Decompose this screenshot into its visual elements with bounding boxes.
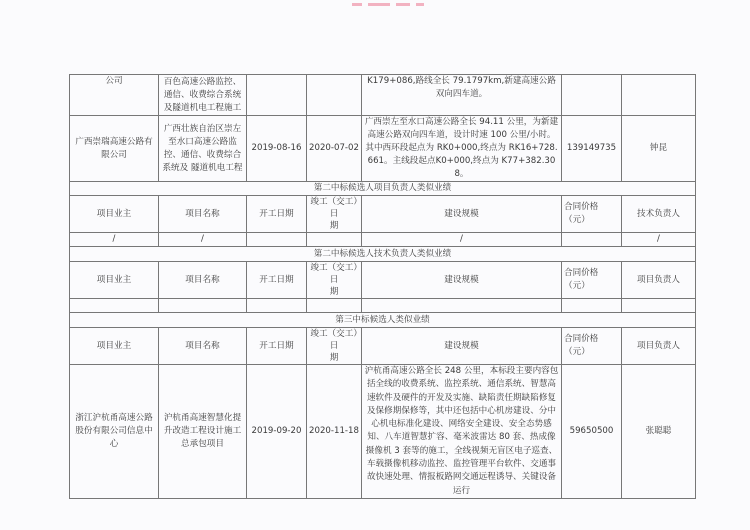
- scale-cell: 沪杭甬高速公路全长 248 公里，本标段主要内容包括全线的收费系统、监控系统、通…: [362, 365, 562, 499]
- scale-cell: K179+086,路线全长 79.1797km,新建高速公路双向四车道。: [362, 75, 562, 116]
- stamp-mark: [368, 3, 390, 6]
- price-cell: 139149735: [562, 116, 622, 182]
- header-row: 项目业主 项目名称 开工日期 竣工（交工）日期 建设规模 合同价格（元） 项目负…: [70, 328, 696, 365]
- start-date-cell: [247, 233, 307, 247]
- header-end-date-line2: 期: [309, 286, 359, 298]
- start-date-cell: 2019-08-16: [247, 116, 307, 182]
- start-date-cell: [247, 299, 307, 313]
- stamp-fragment: [352, 2, 452, 6]
- price-cell: 59650500: [562, 365, 622, 499]
- price-cell: [562, 299, 622, 313]
- end-date-cell: [307, 233, 362, 247]
- scale-cell: 广西崇左至水口高速公路全长 94.11 公里，为新建高速公路双向四车道，设计时速…: [362, 116, 562, 182]
- section-title-row: 第二中标候选人项目负责人类似业绩: [70, 182, 696, 196]
- owner-cell: 公司: [70, 75, 159, 116]
- header-price: 合同价格（元）: [562, 196, 622, 233]
- header-end-date: 竣工（交工）日期: [307, 328, 362, 365]
- section-title: 第二中标候选人技术负责人类似业绩: [70, 247, 696, 262]
- header-price: 合同价格（元）: [562, 262, 622, 299]
- end-date-cell: [307, 75, 362, 116]
- project-name-cell: /: [159, 233, 247, 247]
- header-end-date-line1: 竣工（交工）日: [310, 263, 357, 285]
- header-scale: 建设规模: [362, 196, 562, 233]
- section-title: 第三中标候选人类似业绩: [70, 313, 696, 328]
- price-cell: [562, 75, 622, 116]
- table-row: / / / /: [70, 233, 696, 247]
- header-manager: 项目负责人: [622, 328, 696, 365]
- end-date-cell: [307, 299, 362, 313]
- manager-cell: [622, 75, 696, 116]
- header-price: 合同价格（元）: [562, 328, 622, 365]
- header-start-date: 开工日期: [247, 196, 307, 233]
- header-scale: 建设规模: [362, 262, 562, 299]
- manager-cell: 钟昆: [622, 116, 696, 182]
- project-name-cell: 沪杭甬高速智慧化提升改造工程设计施工总承包项目: [159, 365, 247, 499]
- end-date-cell: 2020-07-02: [307, 116, 362, 182]
- project-name-cell: 广西壮族自治区崇左至水口高速公路监控、通信、收费综合系统及 隧道机电工程: [159, 116, 247, 182]
- table-row: 公司 百色高速公路监控、通信、收费综合系统及隧道机电工程施工 K179+086,…: [70, 75, 696, 116]
- header-owner: 项目业主: [70, 196, 159, 233]
- header-owner: 项目业主: [70, 262, 159, 299]
- stamp-mark: [416, 3, 424, 6]
- header-end-date-line1: 竣工（交工）日: [310, 197, 357, 219]
- performance-table: 公司 百色高速公路监控、通信、收费综合系统及隧道机电工程施工 K179+086,…: [69, 74, 696, 499]
- scale-cell: [362, 299, 562, 313]
- stamp-mark: [352, 3, 362, 6]
- end-date-cell: 2020-11-18: [307, 365, 362, 499]
- section-title: 第二中标候选人项目负责人类似业绩: [70, 182, 696, 196]
- table-row: 浙江沪杭甬高速公路股份有限公司信息中心 沪杭甬高速智慧化提升改造工程设计施工总承…: [70, 365, 696, 499]
- header-row: 项目业主 项目名称 开工日期 竣工（交工）日期 建设规模 合同价格（元） 项目负…: [70, 262, 696, 299]
- header-start-date: 开工日期: [247, 328, 307, 365]
- header-manager: 项目负责人: [622, 262, 696, 299]
- table-row: 广西崇瑞高速公路有限公司 广西壮族自治区崇左至水口高速公路监控、通信、收费综合系…: [70, 116, 696, 182]
- header-start-date: 开工日期: [247, 262, 307, 299]
- owner-cell: 广西崇瑞高速公路有限公司: [70, 116, 159, 182]
- header-row: 项目业主 项目名称 开工日期 竣工（交工）日期 建设规模 合同价格（元） 技术负…: [70, 196, 696, 233]
- price-cell: [562, 233, 622, 247]
- header-end-date-line2: 期: [309, 352, 359, 364]
- table-row: [70, 299, 696, 313]
- project-name-cell: [159, 299, 247, 313]
- header-manager: 技术负责人: [622, 196, 696, 233]
- section-title-row: 第二中标候选人技术负责人类似业绩: [70, 247, 696, 262]
- stamp-mark: [396, 3, 410, 6]
- scale-cell: /: [362, 233, 562, 247]
- header-scale: 建设规模: [362, 328, 562, 365]
- manager-cell: [622, 299, 696, 313]
- header-end-date: 竣工（交工）日期: [307, 262, 362, 299]
- header-project-name: 项目名称: [159, 262, 247, 299]
- header-project-name: 项目名称: [159, 328, 247, 365]
- section-title-row: 第三中标候选人类似业绩: [70, 313, 696, 328]
- start-date-cell: 2019-09-20: [247, 365, 307, 499]
- header-owner: 项目业主: [70, 328, 159, 365]
- owner-cell: 浙江沪杭甬高速公路股份有限公司信息中心: [70, 365, 159, 499]
- owner-cell: [70, 299, 159, 313]
- start-date-cell: [247, 75, 307, 116]
- project-name-cell: 百色高速公路监控、通信、收费综合系统及隧道机电工程施工: [159, 75, 247, 116]
- manager-cell: 张聪聪: [622, 365, 696, 499]
- header-end-date-line1: 竣工（交工）日: [310, 329, 357, 351]
- owner-cell: /: [70, 233, 159, 247]
- manager-cell: /: [622, 233, 696, 247]
- header-project-name: 项目名称: [159, 196, 247, 233]
- header-end-date-line2: 期: [309, 220, 359, 232]
- header-end-date: 竣工（交工）日期: [307, 196, 362, 233]
